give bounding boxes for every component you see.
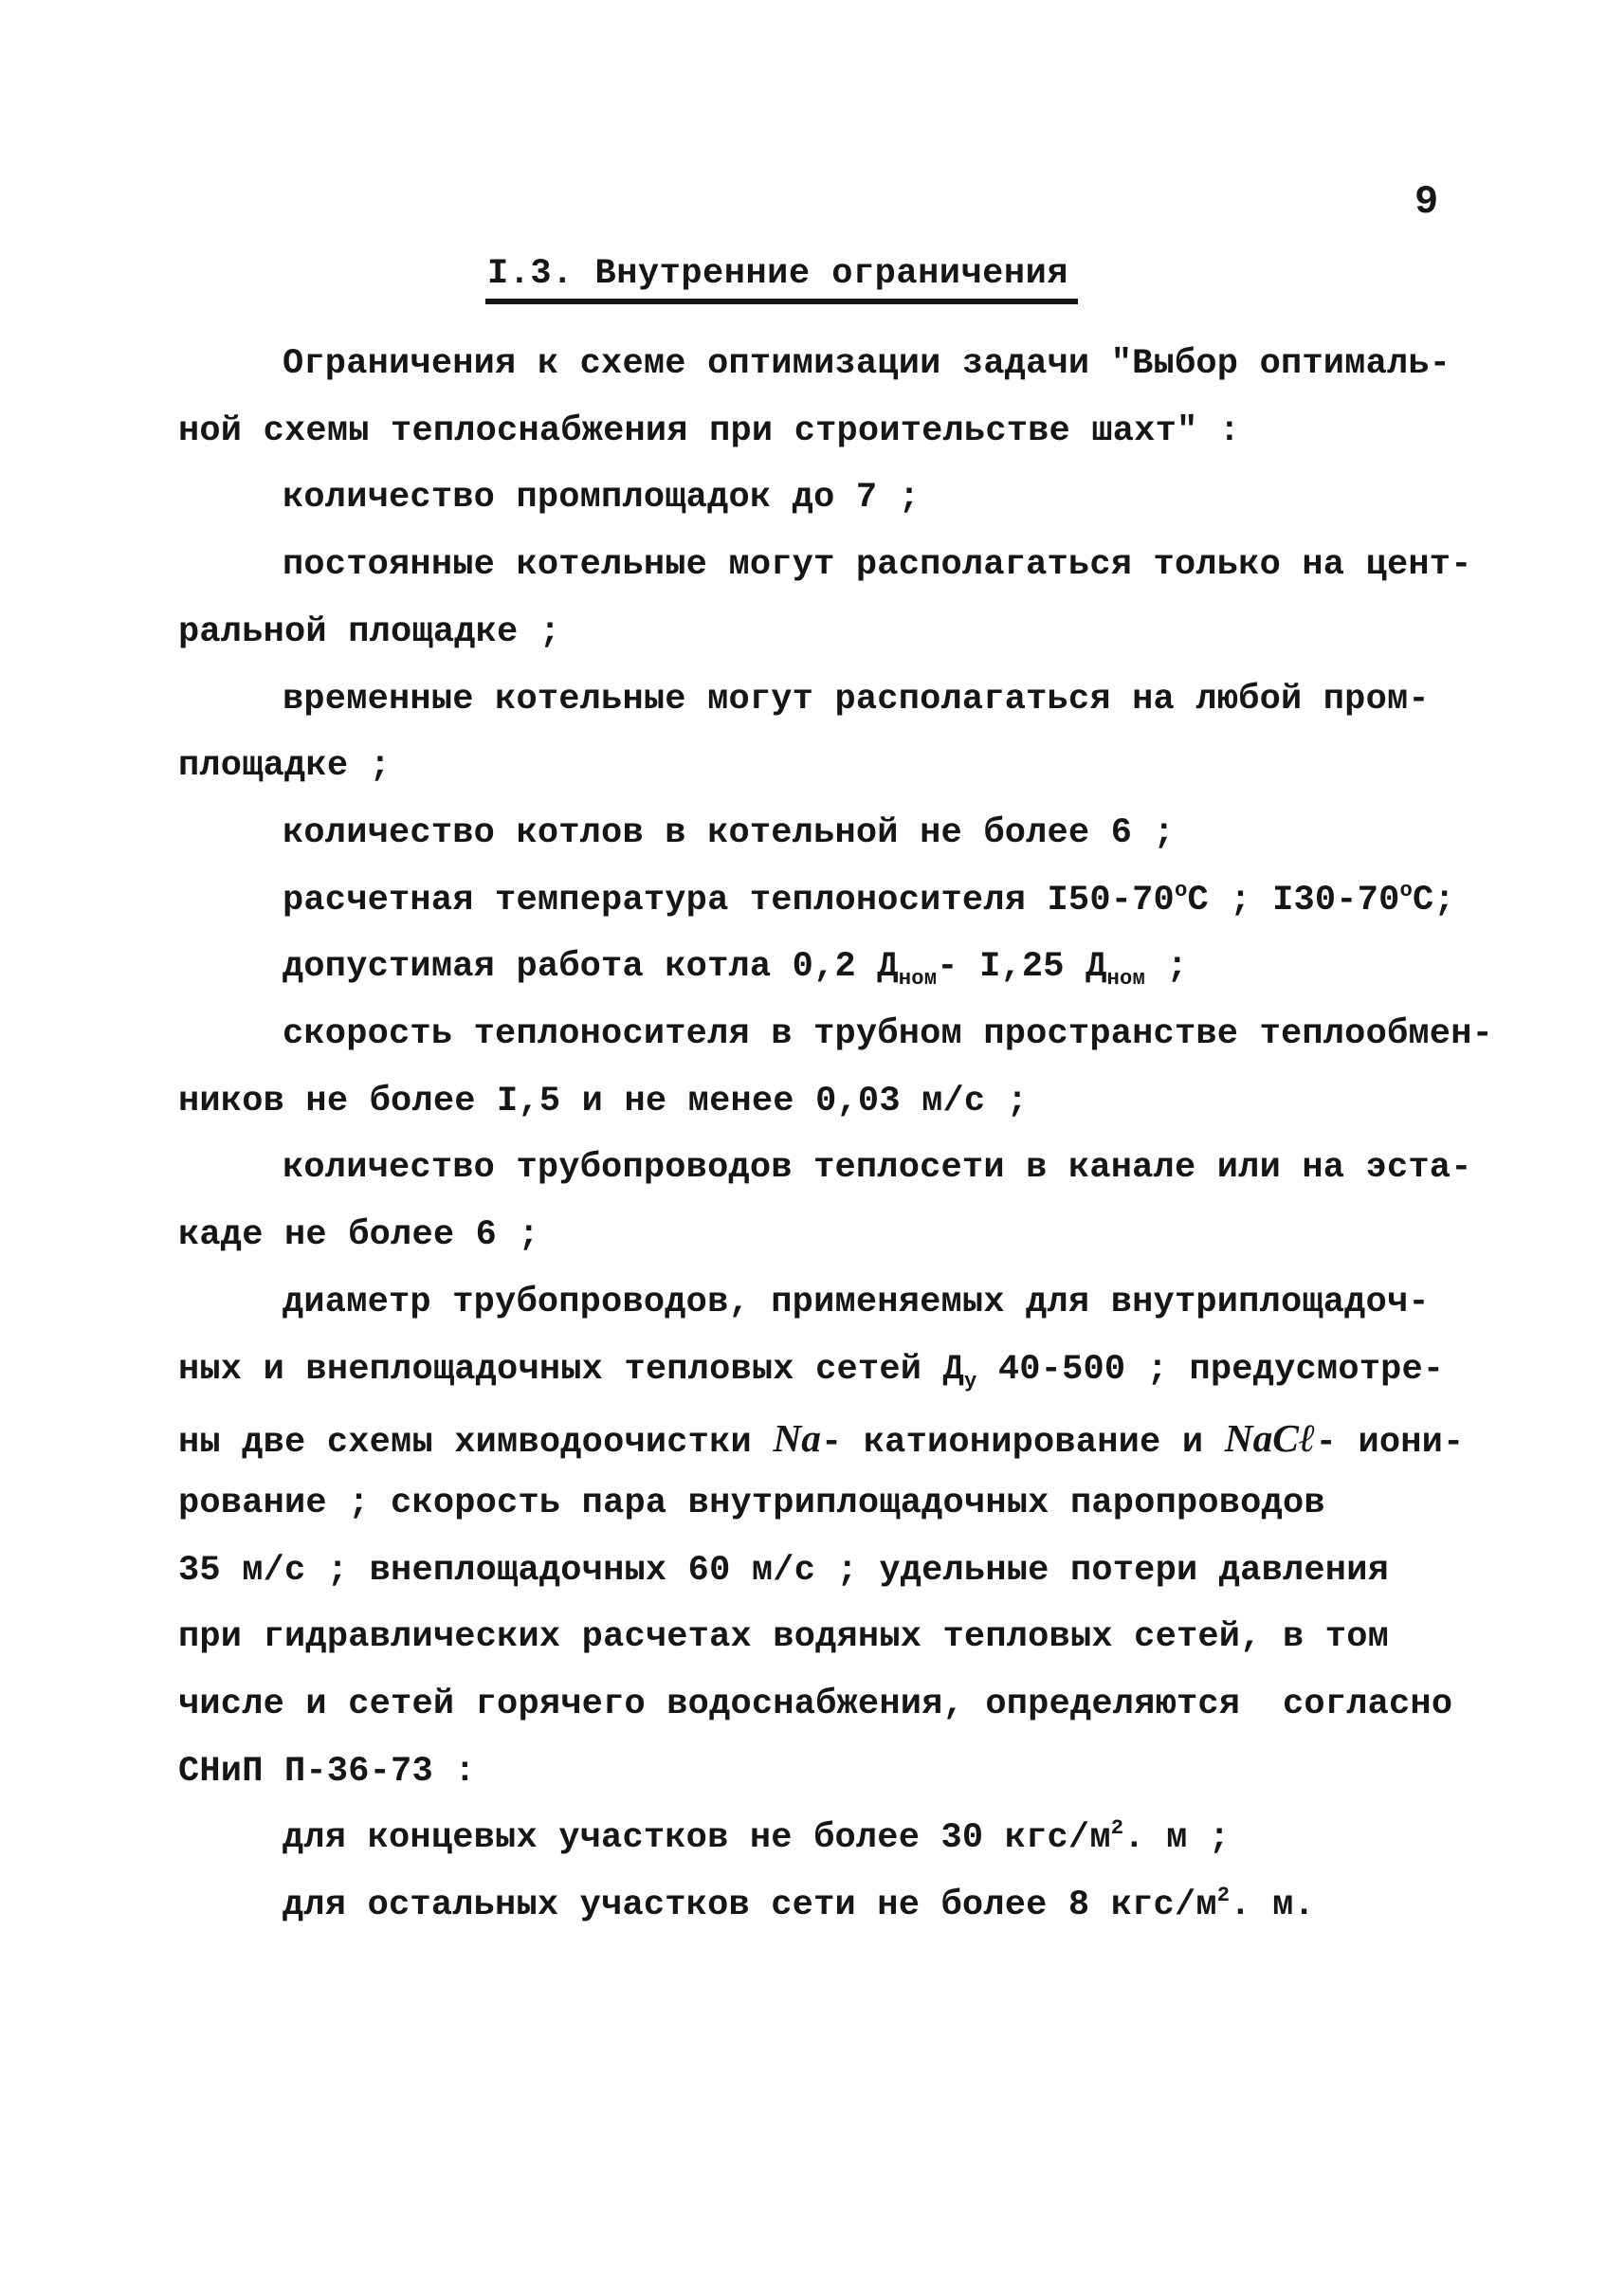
document-page: 9 I.3. Внутренние ограничения Ограничени…	[0, 0, 1624, 2295]
page-number: 9	[1414, 182, 1438, 222]
section-heading: I.3. Внутренние ограничения	[485, 254, 1078, 304]
text-line: количество трубопроводов теплосети в кан…	[283, 1148, 1472, 1189]
text-run: скорость теплоносителя в трубном простра…	[283, 1014, 1493, 1054]
text-line: СНиП П-36-73 :	[178, 1752, 476, 1793]
text-run: для остальных участков сети не более 8 к…	[283, 1885, 1217, 1925]
text-run: ;	[1145, 947, 1188, 987]
text-run: - I,25 Д	[937, 947, 1106, 987]
text-line: постоянные котельные могут располагаться…	[283, 545, 1472, 586]
text-run: каде не более 6 ;	[178, 1215, 539, 1255]
text-run: ных и внеплощадочных тепловых сетей Д	[178, 1350, 964, 1390]
text-run: рование ; скорость пара внутриплощадочны…	[178, 1484, 1325, 1523]
subscript: ном	[899, 967, 938, 991]
text-run: . м ;	[1123, 1818, 1230, 1858]
text-run: С ; I30-70	[1187, 881, 1399, 920]
text-run: СНиП П-36-73 :	[178, 1752, 476, 1792]
text-run: С;	[1413, 881, 1455, 920]
text-line: временные котельные могут располагаться …	[283, 680, 1430, 720]
text-line: при гидравлических расчетах водяных тепл…	[178, 1617, 1389, 1658]
text-line: скорость теплоносителя в трубном простра…	[283, 1014, 1493, 1055]
superscript: о	[1400, 879, 1414, 902]
text-line: каде не более 6 ;	[178, 1215, 539, 1256]
text-run: диаметр трубопроводов, применяемых для в…	[283, 1283, 1430, 1322]
superscript: 2	[1217, 1884, 1231, 1907]
text-line: для остальных участков сети не более 8 к…	[283, 1885, 1315, 1926]
text-run: расчетная температура теплоносителя I50-…	[283, 881, 1175, 920]
handwritten-chemical-formula: NaCℓ	[1225, 1416, 1316, 1460]
subscript: ном	[1107, 967, 1146, 991]
text-line: рование ; скорость пара внутриплощадочны…	[178, 1484, 1325, 1524]
text-line: диаметр трубопроводов, применяемых для в…	[283, 1283, 1430, 1323]
text-run: количество промплощадок до 7 ;	[283, 478, 920, 518]
text-line: допустимая работа котла 0,2 Дном- I,25 Д…	[283, 947, 1188, 988]
text-run: для концевых участков не более 30 кгс/м	[283, 1818, 1111, 1858]
superscript: о	[1175, 879, 1188, 902]
superscript: 2	[1111, 1816, 1124, 1840]
handwritten-chemical-formula: Na	[773, 1416, 821, 1460]
text-line: ны две схемы химводоочистки Na- катионир…	[178, 1416, 1464, 1464]
text-line: ников не более I,5 и не менее 0,03 м/с ;	[178, 1082, 1028, 1122]
text-run: ной схемы теплоснабжения при строительст…	[178, 411, 1240, 451]
text-line: для концевых участков не более 30 кгс/м2…	[283, 1818, 1230, 1859]
text-run: ников не более I,5 и не менее 0,03 м/с ;	[178, 1082, 1028, 1121]
text-run: . м.	[1230, 1885, 1315, 1925]
text-run: Ограничения к схеме оптимизации задачи "…	[283, 344, 1451, 384]
text-run: допустимая работа котла 0,2 Д	[283, 947, 899, 987]
text-run: при гидравлических расчетах водяных тепл…	[178, 1617, 1389, 1657]
text-line: Ограничения к схеме оптимизации задачи "…	[283, 344, 1451, 385]
text-line: количество промплощадок до 7 ;	[283, 478, 920, 519]
text-line: числе и сетей горячего водоснабжения, оп…	[178, 1685, 1452, 1725]
text-run: ральной площадке ;	[178, 612, 560, 652]
text-run: - иони-	[1316, 1423, 1465, 1463]
text-line: ных и внеплощадочных тепловых сетей Ду 4…	[178, 1350, 1444, 1391]
text-run: - катионирование и	[821, 1423, 1225, 1463]
text-run: 40-500 ; предусмотре-	[976, 1350, 1444, 1390]
text-run: 35 м/с ; внеплощадочных 60 м/с ; удельны…	[178, 1551, 1389, 1591]
text-run: количество трубопроводов теплосети в кан…	[283, 1148, 1472, 1188]
text-line: расчетная температура теплоносителя I50-…	[283, 881, 1455, 921]
text-line: 35 м/с ; внеплощадочных 60 м/с ; удельны…	[178, 1551, 1389, 1592]
text-run: постоянные котельные могут располагаться…	[283, 545, 1472, 585]
text-line: количество котлов в котельной не более 6…	[283, 813, 1175, 854]
text-run: временные котельные могут располагаться …	[283, 680, 1430, 719]
text-line: ральной площадке ;	[178, 612, 560, 653]
text-line: площадке ;	[178, 746, 391, 787]
text-run: ны две схемы химводоочистки	[178, 1423, 773, 1463]
subscript: у	[964, 1370, 977, 1393]
text-run: числе и сетей горячего водоснабжения, оп…	[178, 1685, 1452, 1724]
text-line: ной схемы теплоснабжения при строительст…	[178, 411, 1240, 452]
text-run: площадке ;	[178, 746, 391, 786]
text-run: количество котлов в котельной не более 6…	[283, 813, 1175, 853]
